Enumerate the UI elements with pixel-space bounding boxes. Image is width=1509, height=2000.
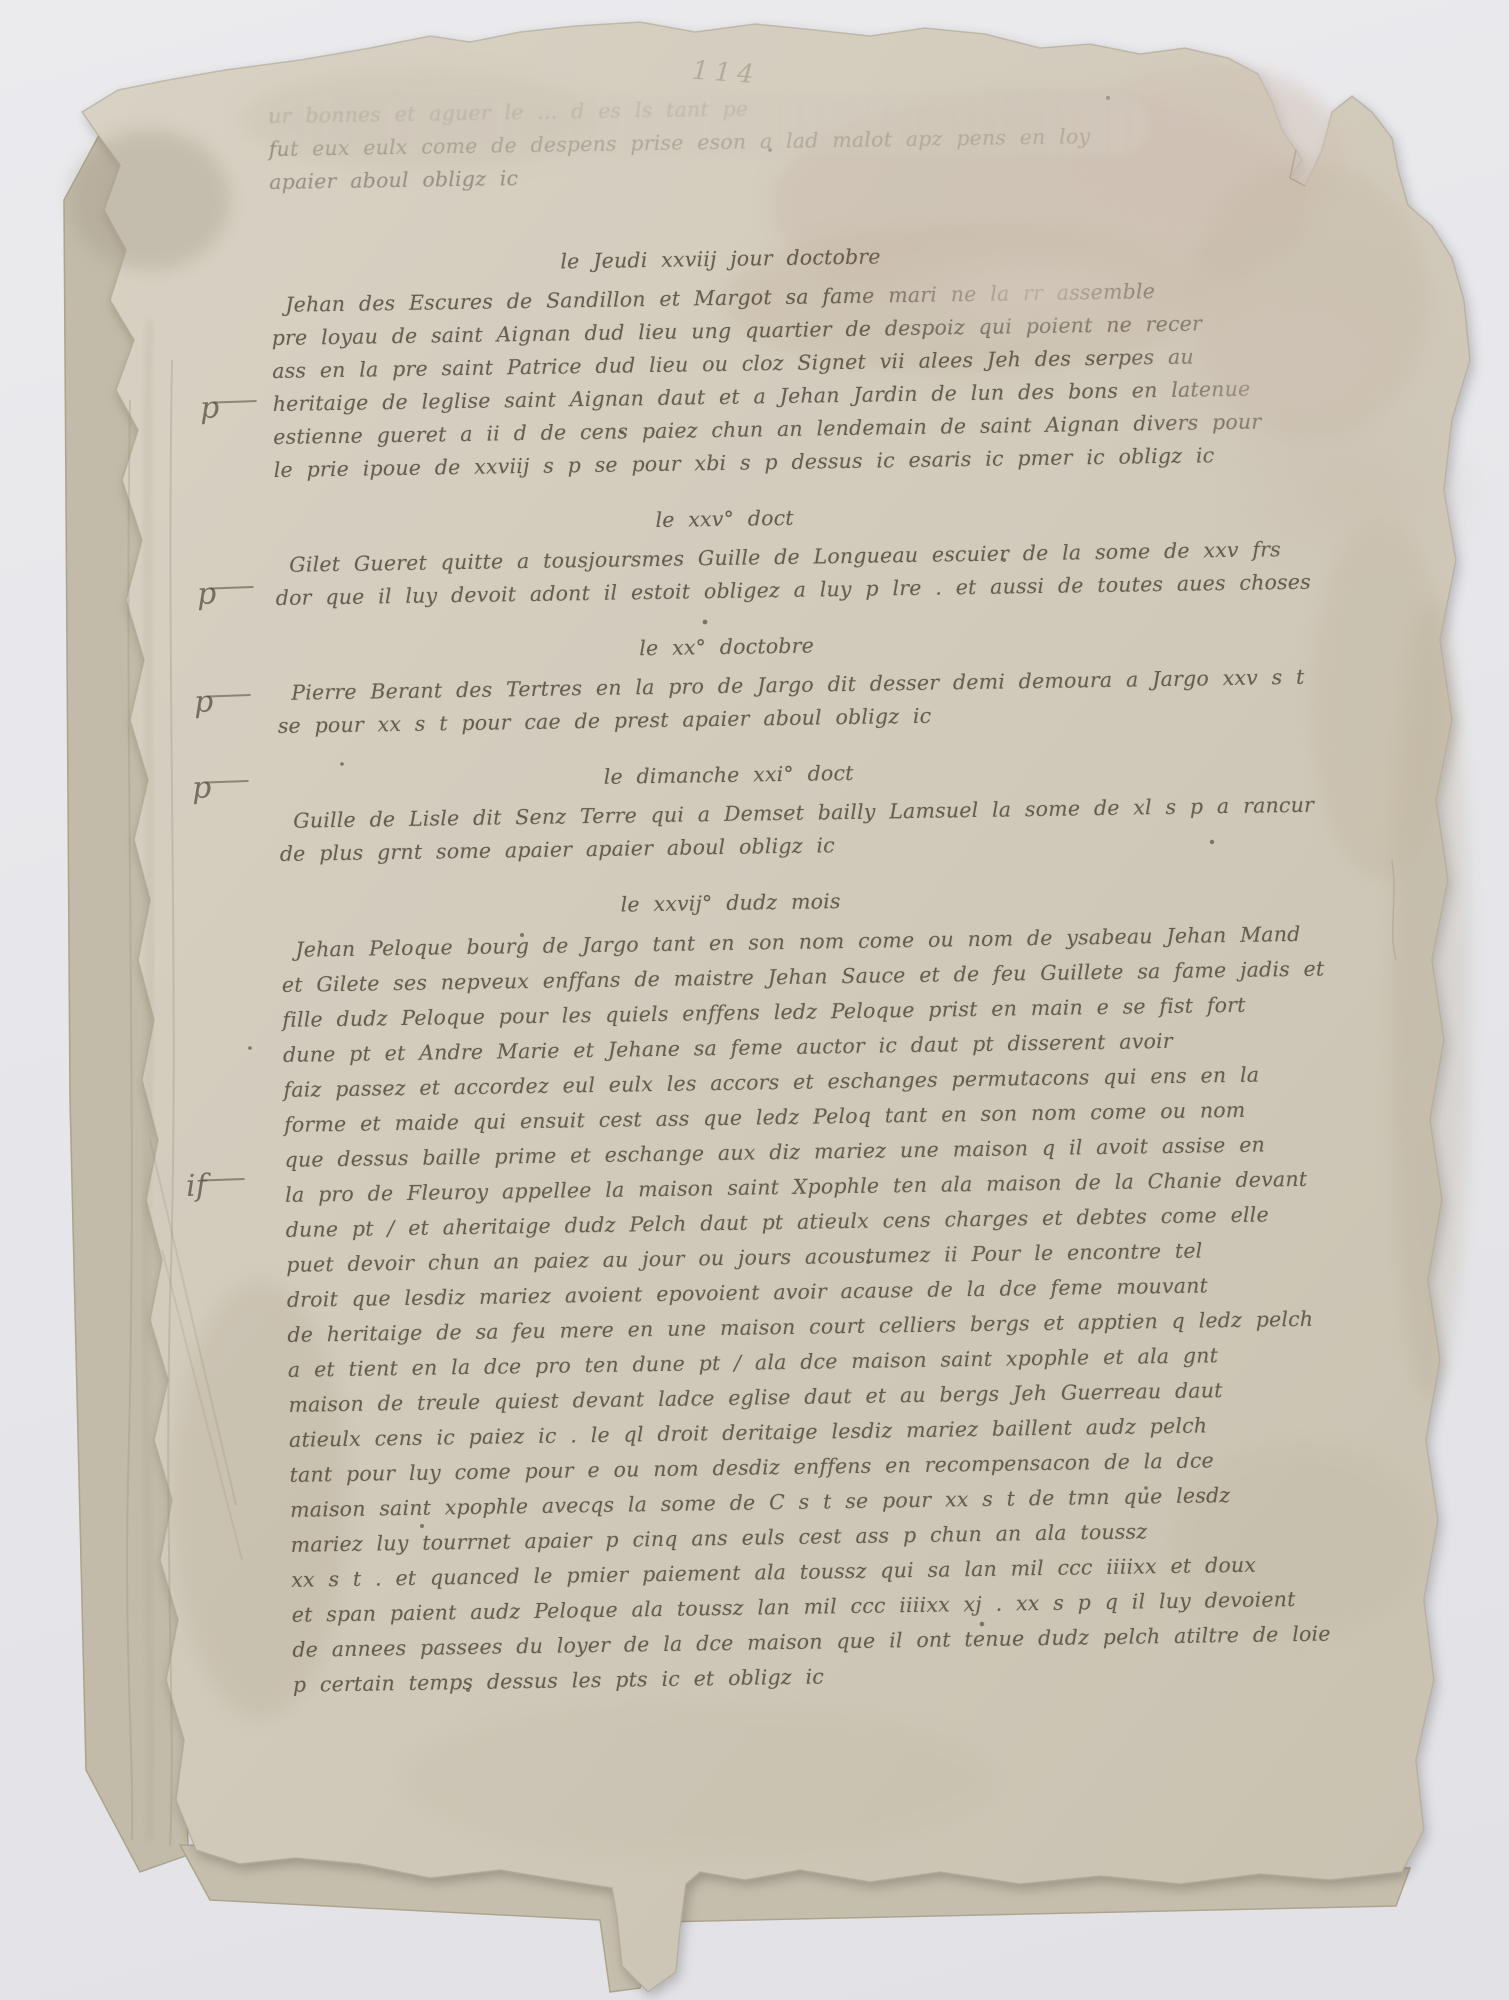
date-heading: le xxvij° dudz mois [280,881,1180,925]
register-entry: le Jeudi xxviij jour doctobreJehan des E… [270,237,1174,487]
paragraph-mark: p [199,389,257,426]
entry-paragraph: Jehan des Escures de Sandillon et Margot… [271,275,1174,487]
date-heading: le xxv° doct [274,497,1174,541]
register-entry: le xxv° doctGilet Gueret quitte a tousjo… [274,497,1176,615]
date-heading: le dimanche xxi° doct [278,753,1178,797]
entry-paragraph: Jehan Peloque bourg de Jargo tant en son… [281,919,1193,1703]
register-entry: le xx° doctobrePierre Berant des Tertres… [276,625,1178,743]
entry-paragraph: Pierre Berant des Tertres en la pro de J… [277,663,1178,743]
date-heading: le Jeudi xxviij jour doctobre [270,237,1170,281]
folio-number: 114 [691,56,761,91]
register-entry: le xxvij° dudz moisJehan Peloque bourg d… [280,881,1193,1703]
photograph-of-manuscript: 114 ur bonnes et aguer le ... d es ls ta… [0,0,1509,2000]
paragraph-mark: p [193,683,251,720]
opening-lines: fut eux eulx come de despens prise eson … [269,119,1170,199]
register-entry: le dimanche xxi° doctGuille de Lisle dit… [278,753,1180,871]
paragraph-mark: p [191,769,249,806]
paragraph-mark: if [185,1167,245,1204]
paragraph-mark: p [196,575,254,612]
entry-paragraph: Gilet Gueret quitte a tousjoursmes Guill… [275,535,1176,615]
entry-paragraph: Guille de Lisle dit Senz Terre qui a Dem… [279,791,1180,871]
handwritten-text: ur bonnes et aguer le ... d es ls tant p… [268,86,1193,1703]
date-heading: le xx° doctobre [276,625,1176,669]
entries: le Jeudi xxviij jour doctobreJehan des E… [270,237,1193,1703]
